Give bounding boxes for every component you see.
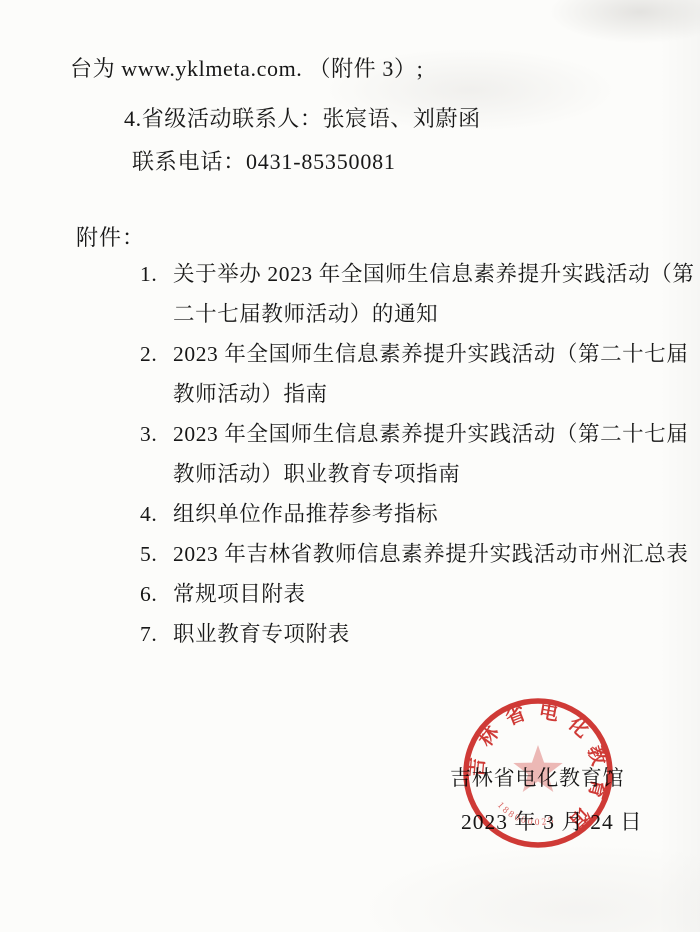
attachment-line: 关于举办 2023 年全国师生信息素养提升实践活动（第 [173, 254, 694, 294]
attachment-lines: 常规项目附表 [173, 574, 306, 614]
attachment-number: 4. [140, 494, 173, 534]
attachment-item: 5. 2023 年吉林省教师信息素养提升实践活动市州汇总表 [140, 534, 694, 574]
attachment-item: 6. 常规项目附表 [140, 574, 694, 614]
attachment-item: 3. 2023 年全国师生信息素养提升实践活动（第二十七届教师活动）职业教育专项… [140, 414, 694, 494]
attachment-line: 教师活动）指南 [173, 374, 688, 414]
seal-serial-number: 188000025 [495, 801, 557, 828]
attachment-item: 1. 关于举办 2023 年全国师生信息素养提升实践活动（第二十七届教师活动）的… [140, 254, 694, 334]
attachment-number: 7. [140, 614, 173, 654]
seal-star-icon [513, 745, 562, 792]
attachment-lines: 2023 年吉林省教师信息素养提升实践活动市州汇总表 [173, 534, 688, 574]
attachment-line: 2023 年全国师生信息素养提升实践活动（第二十七届 [173, 334, 688, 374]
attachment-line: 2023 年全国师生信息素养提升实践活动（第二十七届 [173, 414, 688, 454]
svg-text:188000025: 188000025 [495, 801, 557, 828]
body-line-phone: 联系电话：0431-85350081 [132, 145, 396, 176]
attachment-number: 2. [140, 334, 173, 374]
attachment-number: 3. [140, 414, 173, 454]
attachments-heading: 附件： [76, 221, 145, 252]
attachment-number: 5. [140, 534, 173, 574]
attachment-item: 4. 组织单位作品推荐参考指标 [140, 494, 694, 534]
attachment-lines: 关于举办 2023 年全国师生信息素养提升实践活动（第二十七届教师活动）的通知 [173, 254, 694, 334]
official-seal: 吉林省电化教育馆 188000025 [453, 688, 623, 858]
attachment-item: 7. 职业教育专项附表 [140, 614, 694, 654]
attachment-item: 2. 2023 年全国师生信息素养提升实践活动（第二十七届教师活动）指南 [140, 334, 694, 414]
attachment-lines: 2023 年全国师生信息素养提升实践活动（第二十七届教师活动）职业教育专项指南 [173, 414, 688, 494]
attachment-lines: 组织单位作品推荐参考指标 [173, 494, 438, 534]
body-line-contacts: 4.省级活动联系人：张宸语、刘蔚函 [124, 102, 481, 133]
attachment-line: 常规项目附表 [173, 574, 306, 614]
attachment-lines: 职业教育专项附表 [173, 614, 350, 654]
attachment-lines: 2023 年全国师生信息素养提升实践活动（第二十七届教师活动）指南 [173, 334, 688, 414]
attachment-line: 职业教育专项附表 [173, 614, 350, 654]
attachment-line: 二十七届教师活动）的通知 [173, 294, 694, 334]
document-page: 台为 www.yklmeta.com. （附件 3）; 4.省级活动联系人：张宸… [0, 0, 700, 932]
attachments-list: 1. 关于举办 2023 年全国师生信息素养提升实践活动（第二十七届教师活动）的… [140, 254, 694, 654]
body-line-platform-url: 台为 www.yklmeta.com. （附件 3）; [70, 52, 423, 83]
attachment-line: 教师活动）职业教育专项指南 [173, 454, 688, 494]
attachment-line: 2023 年吉林省教师信息素养提升实践活动市州汇总表 [173, 534, 688, 574]
attachment-line: 组织单位作品推荐参考指标 [173, 494, 438, 534]
attachment-number: 1. [140, 254, 173, 294]
attachment-number: 6. [140, 574, 173, 614]
